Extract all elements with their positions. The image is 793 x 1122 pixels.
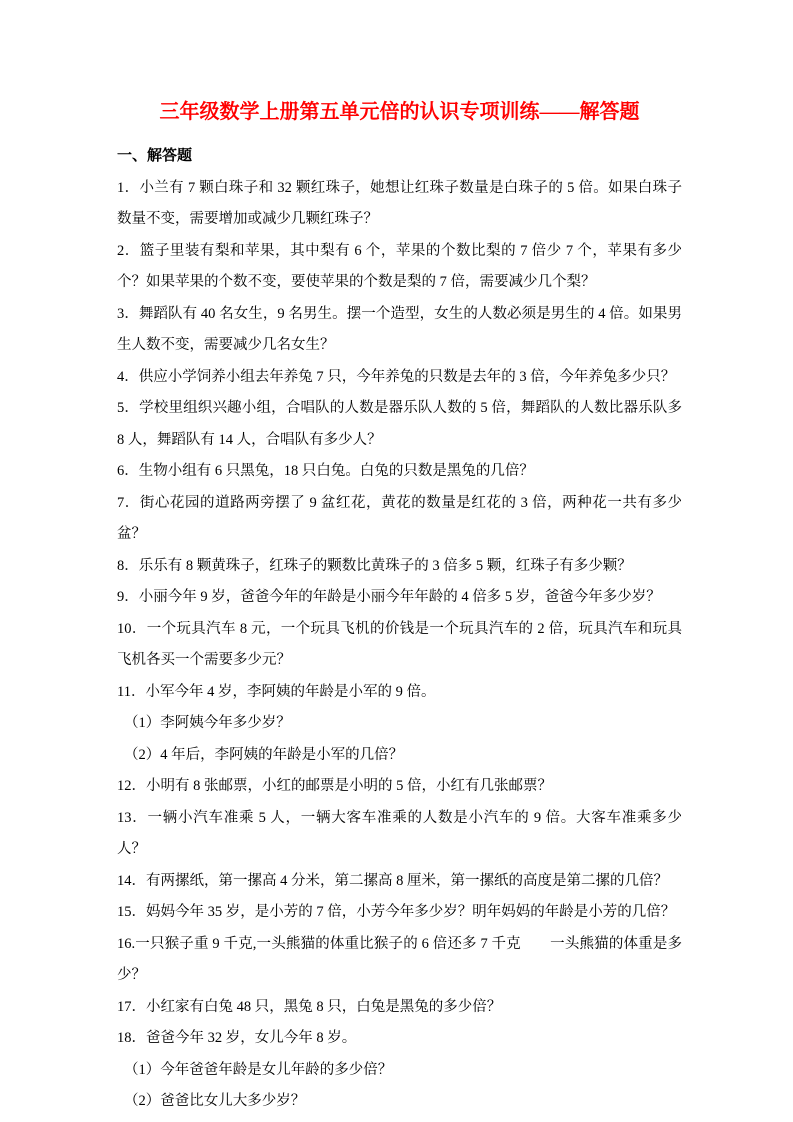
document-title: 三年级数学上册第五单元倍的认识专项训练——解答题 [117, 97, 682, 127]
problem-1: 1．小兰有 7 颗白珠子和 32 颗红珠子，她想让红珠子数量是白珠子的 5 倍。… [117, 173, 682, 236]
section-heading: 一、解答题 [117, 141, 682, 173]
problem-8: 8．乐乐有 8 颗黄珠子，红珠子的颗数比黄珠子的 3 倍多 5 颗，红珠子有多少… [117, 551, 682, 583]
problem-7: 7．街心花园的道路两旁摆了 9 盆红花，黄花的数量是红花的 3 倍，两种花一共有… [117, 488, 682, 551]
problem-13: 13．一辆小汽车准乘 5 人，一辆大客车准乘的人数是小汽车的 9 倍。大客车准乘… [117, 803, 682, 866]
problem-4: 4．供应小学饲养小组去年养兔 7 只，今年养兔的只数是去年的 3 倍，今年养兔多… [117, 362, 682, 394]
worksheet-page: 三年级数学上册第五单元倍的认识专项训练——解答题 一、解答题 1．小兰有 7 颗… [0, 0, 793, 1122]
problem-18: 18．爸爸今年 32 岁，女儿今年 8 岁。 [117, 1023, 682, 1055]
problem-12: 12．小明有 8 张邮票，小红的邮票是小明的 5 倍，小红有几张邮票？ [117, 771, 682, 803]
problem-5: 5．学校里组织兴趣小组，合唱队的人数是器乐队人数的 5 倍，舞蹈队的人数比器乐队… [117, 393, 682, 456]
problem-9: 9．小丽今年 9 岁，爸爸今年的年龄是小丽今年年龄的 4 倍多 5 岁，爸爸今年… [117, 582, 682, 614]
problem-18-sub-1: （1）今年爸爸年龄是女儿年龄的多少倍？ [117, 1055, 682, 1087]
problem-6: 6．生物小组有 6 只黑兔，18 只白兔。白兔的只数是黑兔的几倍？ [117, 456, 682, 488]
problem-11-sub-2: （2）4 年后，李阿姨的年龄是小军的几倍？ [117, 740, 682, 772]
problem-11: 11．小军今年 4 岁，李阿姨的年龄是小军的 9 倍。 [117, 677, 682, 709]
problem-16: 16.一只猴子重 9 千克,一头熊猫的体重比猴子的 6 倍还多 7 千克 一头熊… [117, 929, 682, 992]
problem-14: 14．有两摞纸，第一摞高 4 分米，第二摞高 8 厘米，第一摞纸的高度是第二摞的… [117, 866, 682, 898]
problem-2: 2．篮子里装有梨和苹果，其中梨有 6 个，苹果的个数比梨的 7 倍少 7 个，苹… [117, 236, 682, 299]
problem-15: 15．妈妈今年 35 岁，是小芳的 7 倍，小芳今年多少岁？明年妈妈的年龄是小芳… [117, 897, 682, 929]
problem-3: 3．舞蹈队有 40 名女生，9 名男生。摆一个造型，女生的人数必须是男生的 4 … [117, 299, 682, 362]
problem-11-sub-1: （1）李阿姨今年多少岁？ [117, 708, 682, 740]
problem-list: 1．小兰有 7 颗白珠子和 32 颗红珠子，她想让红珠子数量是白珠子的 5 倍。… [117, 173, 682, 1118]
problem-18-sub-2: （2）爸爸比女儿大多少岁？ [117, 1086, 682, 1118]
problem-10: 10．一个玩具汽车 8 元，一个玩具飞机的价钱是一个玩具汽车的 2 倍，玩具汽车… [117, 614, 682, 677]
problem-17: 17．小红家有白兔 48 只，黑兔 8 只，白兔是黑兔的多少倍？ [117, 992, 682, 1024]
